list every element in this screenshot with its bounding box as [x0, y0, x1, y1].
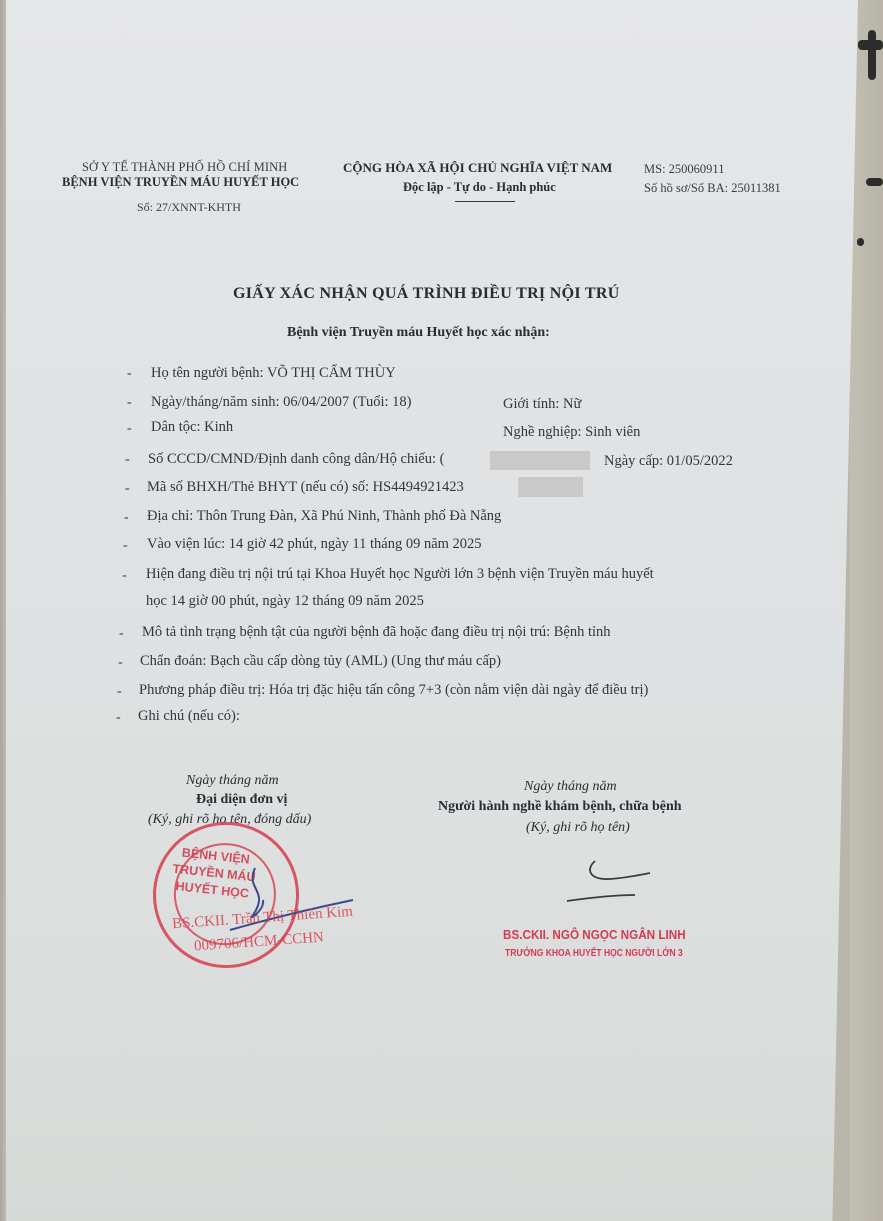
redacted-id-number	[490, 451, 590, 470]
bullet: -	[127, 421, 132, 437]
right-signer-name: BS.CKII. NGÔ NGỌC NGÂN LINH	[503, 927, 686, 942]
header-record-number: Số hồ sơ/Số BA: 25011381	[644, 181, 781, 196]
field-condition: Mô tả tình trạng bệnh tật của người bệnh…	[142, 624, 611, 641]
bullet: -	[116, 710, 121, 726]
field-id-number: Số CCCD/CMND/Định danh công dân/Hộ chiếu…	[148, 451, 444, 468]
field-diagnosis: Chẩn đoán: Bạch cầu cấp dòng tủy (AML) (…	[140, 653, 501, 670]
header-department: SỞ Y TẾ THÀNH PHỐ HỒ CHÍ MINH	[82, 160, 287, 175]
right-signer-title: TRƯỞNG KHOA HUYẾT HỌC NGƯỜI LỚN 3	[505, 948, 683, 959]
field-occupation: Nghề nghiệp: Sinh viên	[503, 424, 640, 441]
bullet: -	[127, 366, 132, 382]
left-signer-role: Đại diện đơn vị	[196, 792, 287, 808]
field-gender: Giới tính: Nữ	[503, 396, 581, 413]
right-signer-instruction: (Ký, ghi rõ họ tên)	[526, 820, 630, 836]
field-notes: Ghi chú (nếu có):	[138, 708, 240, 725]
field-patient-name: Họ tên người bệnh: VÕ THỊ CẨM THÙY	[151, 365, 396, 382]
header-divider	[455, 201, 515, 202]
right-signer-role: Người hành nghề khám bệnh, chữa bệnh	[438, 799, 682, 815]
header-doc-number: Số: 27/XNNT-KHTH	[137, 200, 241, 215]
bullet: -	[119, 626, 124, 642]
header-ms: MS: 250060911	[644, 162, 724, 177]
field-admission: Vào viện lúc: 14 giờ 42 phút, ngày 11 th…	[147, 536, 482, 553]
bullet: -	[127, 395, 132, 411]
header-hospital: BỆNH VIỆN TRUYỀN MÁU HUYẾT HỌC	[62, 175, 299, 190]
field-address: Địa chỉ: Thôn Trung Đàn, Xã Phú Ninh, Th…	[147, 508, 501, 525]
field-current-treatment-1: Hiện đang điều trị nội trú tại Khoa Huyế…	[146, 566, 654, 583]
left-date-line: Ngày tháng năm	[186, 773, 279, 789]
bullet: -	[125, 481, 130, 497]
field-dob: Ngày/tháng/năm sinh: 06/04/2007 (Tuổi: 1…	[151, 394, 411, 411]
document-title: GIẤY XÁC NHẬN QUÁ TRÌNH ĐIỀU TRỊ NỘI TRÚ	[233, 285, 620, 303]
field-current-treatment-2: học 14 giờ 00 phút, ngày 12 tháng 09 năm…	[146, 593, 424, 610]
right-date-line: Ngày tháng năm	[524, 779, 617, 795]
header-country: CỘNG HÒA XÃ HỘI CHỦ NGHĨA VIỆT NAM	[343, 160, 612, 176]
bullet: -	[125, 452, 130, 468]
right-handwritten-signature	[555, 855, 665, 915]
bullet: -	[118, 655, 123, 671]
field-ethnicity: Dân tộc: Kinh	[151, 419, 233, 436]
bullet: -	[124, 510, 129, 526]
header-motto: Độc lập - Tự do - Hạnh phúc	[403, 180, 556, 195]
bullet: -	[123, 538, 128, 554]
document: SỞ Y TẾ THÀNH PHỐ HỒ CHÍ MINH BỆNH VIỆN …	[0, 0, 883, 1221]
field-id-issue-date: Ngày cấp: 01/05/2022	[604, 453, 733, 470]
redacted-insurance-suffix	[518, 477, 583, 497]
bullet: -	[117, 684, 122, 700]
document-subtitle: Bệnh viện Truyền máu Huyết học xác nhận:	[287, 325, 550, 341]
bullet: -	[122, 568, 127, 584]
field-treatment-method: Phương pháp điều trị: Hóa trị đặc hiệu t…	[139, 682, 648, 699]
field-insurance: Mã số BHXH/Thẻ BHYT (nếu có) số: HS44949…	[147, 479, 464, 496]
